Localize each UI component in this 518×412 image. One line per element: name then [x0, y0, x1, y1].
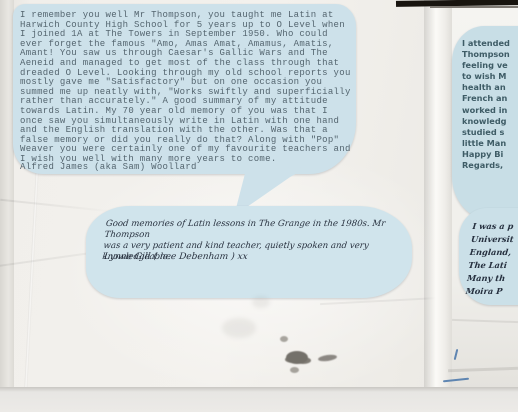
faint-smudge [252, 296, 270, 308]
scanned-memory-book-page: I remember you well Mr Thompson, you tau… [0, 0, 518, 412]
paper-crease [24, 170, 38, 389]
speech-bubble-script-note: Good memories of Latin lessons in The Gr… [86, 206, 412, 298]
ink-stain [290, 367, 299, 373]
typed-note-signature: Alfred James (aka Sam) Woollard [20, 162, 197, 172]
ink-stain [280, 336, 288, 342]
page-left-edge [0, 0, 14, 389]
paper-crease [320, 297, 440, 305]
right-script-text-truncated: I was a p Universit England, The Lati Ma… [465, 220, 518, 298]
ink-stain [286, 351, 308, 364]
script-note-signature: Lynne Gill ( nee Debenham ) xx [103, 252, 248, 262]
scanner-edge-line [430, 6, 518, 8]
paper-crease [0, 199, 120, 214]
faint-smudge [222, 318, 256, 338]
speech-bubble-typed-note: I remember you well Mr Thompson, you tau… [13, 4, 356, 174]
right-speech-bubble-note: I attended Thompson feeling ve to wish M… [452, 26, 518, 220]
typed-note-text: I remember you well Mr Thompson, you tau… [20, 11, 352, 165]
right-note-text-truncated: I attended Thompson feeling ve to wish M… [462, 38, 518, 171]
right-speech-bubble-script-note: I was a p Universit England, The Lati Ma… [459, 208, 518, 305]
surface-below-page [0, 387, 518, 412]
